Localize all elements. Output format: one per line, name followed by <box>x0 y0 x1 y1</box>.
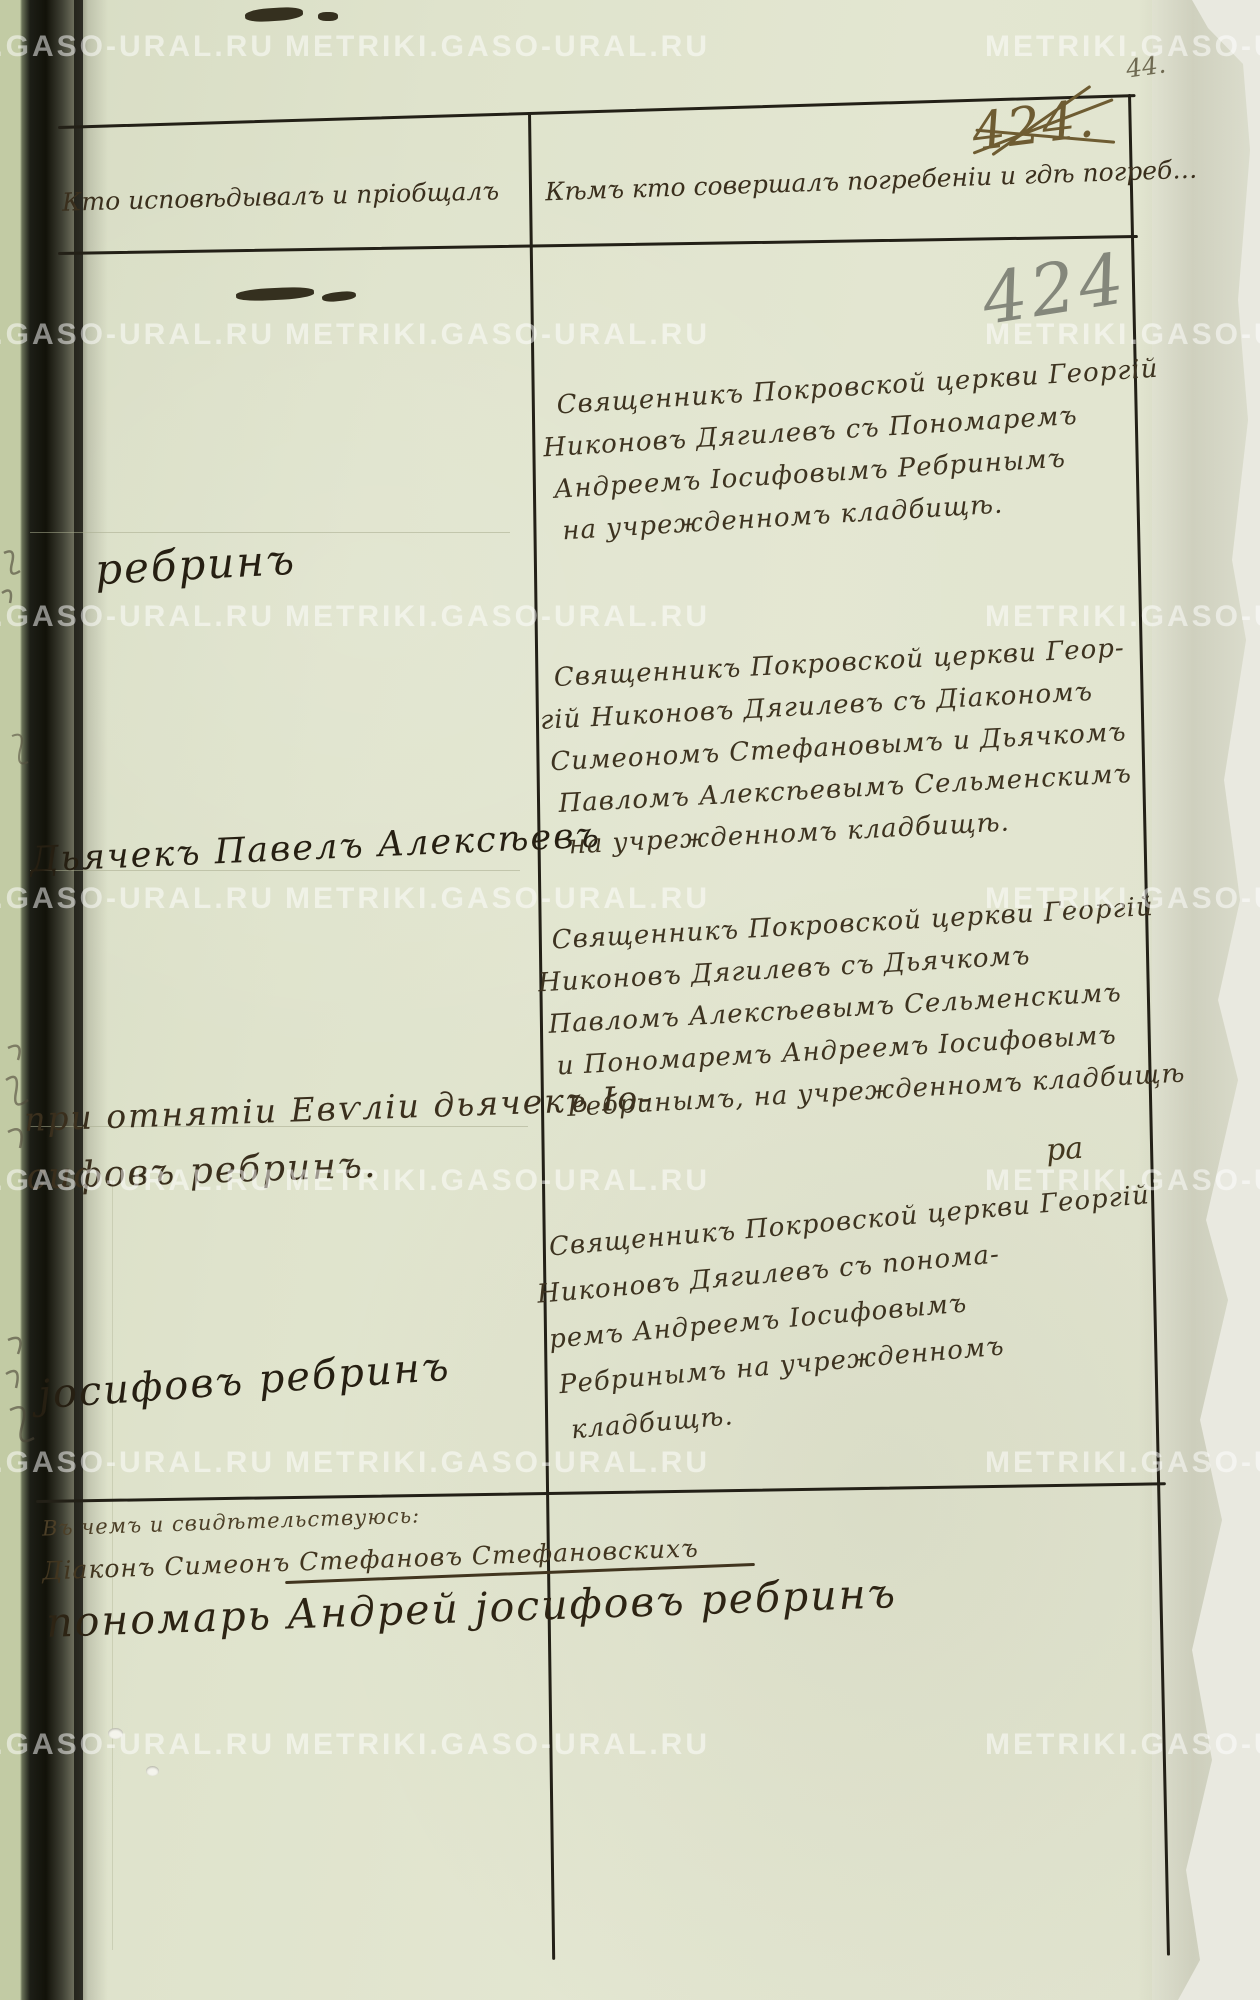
burial-entry-3: Священникъ Покровской церкви Георгій Ник… <box>551 885 1187 1130</box>
margin-scribble <box>8 730 34 782</box>
ink-speck <box>318 12 338 21</box>
stray-ink-mark: ра <box>1045 1131 1084 1169</box>
binding-border-line <box>74 0 83 2000</box>
document-page: Кто исповѣдывалъ и пріобщалъ Кѣмъ кто со… <box>0 0 1260 2000</box>
margin-scribble <box>2 1040 42 1170</box>
confessor-entry-1: ребринъ <box>94 535 297 594</box>
faint-guide-line <box>30 532 510 533</box>
margin-scribble <box>0 1330 46 1465</box>
margin-scribble <box>0 545 34 615</box>
punch-hole <box>146 1766 159 1776</box>
burial-entry-2: Священникъ Покровской церкви Геор- гій Н… <box>553 627 1135 867</box>
corner-number: 44. <box>1124 49 1167 83</box>
punch-hole <box>108 1728 123 1739</box>
binding-gutter <box>0 0 108 2000</box>
